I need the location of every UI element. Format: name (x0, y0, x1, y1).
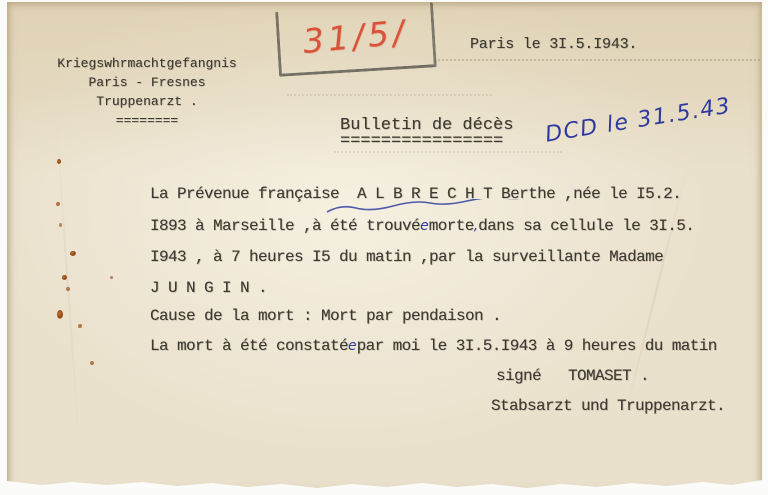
body-line-6-typed-a: La mort à été constaté (150, 337, 348, 355)
letterhead-line-2: Paris - Fresnes (88, 75, 205, 90)
body-line-8-title: Stabsarzt und Truppenarzt. (491, 397, 725, 415)
rust-spot (59, 223, 62, 227)
scan-background: KriegswhrmachtgefangnisParis - FresnesTr… (0, 0, 768, 495)
rust-spot (57, 159, 61, 164)
body-line-5: Cause de la mort : Mort par pendaison . (150, 307, 501, 325)
body-line-2-typed-a: I893 à Marseille ,à été trouvé (150, 217, 420, 235)
letterhead-line-3: Truppenarzt . (96, 94, 197, 109)
dotted-rule (287, 94, 492, 96)
document-title-block: Bulletin de décès================ (340, 118, 513, 166)
body-line-2-typed-b: morte (429, 217, 474, 235)
ink-correction-e: e (348, 338, 357, 354)
rust-spot (110, 276, 113, 279)
body-line-6-typed-b: par moi le 3I.5.I943 à 9 heures du matin (357, 337, 717, 355)
letterhead: KriegswhrmachtgefangnisParis - FresnesTr… (47, 54, 247, 149)
rust-spot (90, 361, 94, 365)
ink-correction-e: e (420, 218, 429, 234)
document-title-underline: ================ (340, 132, 503, 151)
body-line-3: I943 , à 7 heures I5 du matin ,par la su… (150, 248, 663, 266)
pencil-box: 31/5/ (275, 2, 437, 77)
body-line-2-typed-c: dans sa cellule le 3I.5. (478, 217, 694, 235)
rust-spot (56, 202, 60, 206)
annotation-dcd-handwritten: DCD le 31.5.43 (544, 85, 768, 147)
dateline: Paris le 3I.5.I943. (470, 36, 637, 53)
registry-number-handwritten: 31/5/ (301, 12, 409, 61)
rust-spot (78, 324, 82, 328)
rust-spot (62, 275, 67, 280)
dotted-rule (434, 59, 764, 61)
rust-spot (66, 287, 70, 291)
document-paper: KriegswhrmachtgefangnisParis - FresnesTr… (7, 2, 762, 492)
letterhead-line-1: Kriegswhrmachtgefangnis (57, 56, 236, 71)
rust-spot (70, 251, 76, 256)
letterhead-underline: ======== (116, 113, 178, 128)
rust-spot (57, 310, 63, 319)
body-line-4: J U N G I N . (150, 279, 267, 297)
blue-wavy-underline (325, 199, 551, 215)
body-line-7-signature: signé TOMASET . (496, 367, 649, 385)
